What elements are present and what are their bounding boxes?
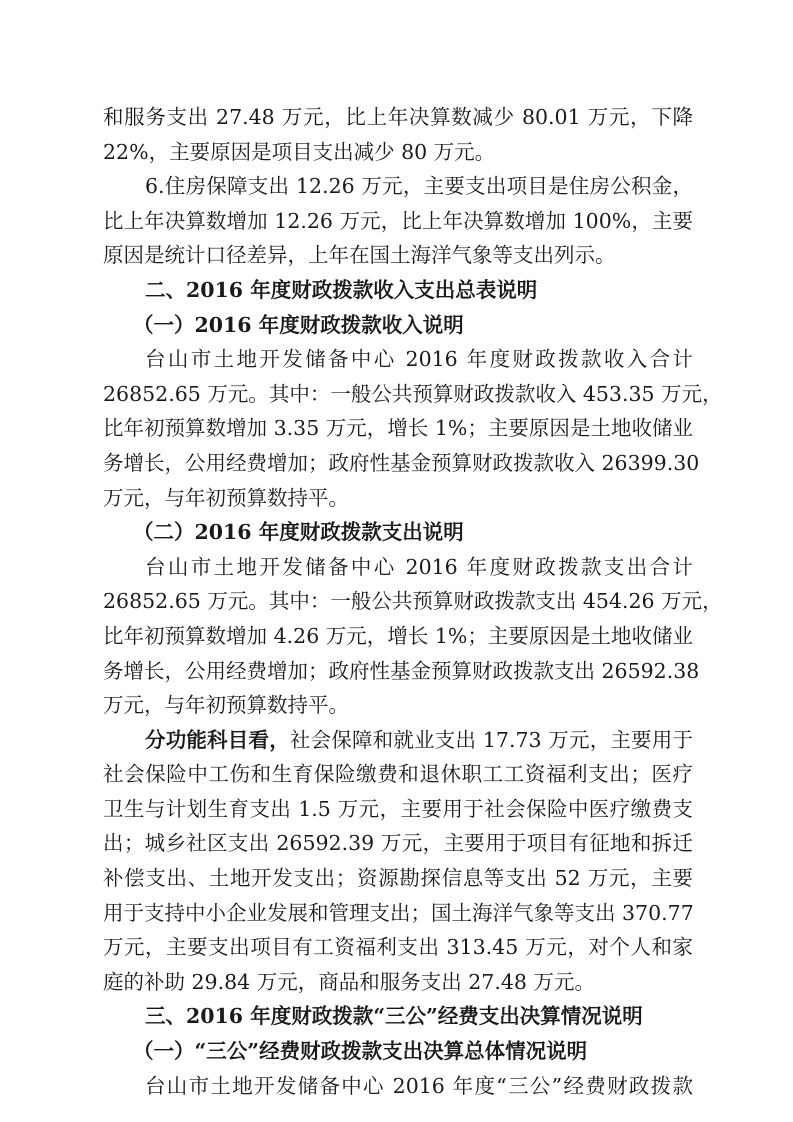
section-heading: 二、2016 年度财政拨款收入支出总表说明 [103, 273, 693, 308]
document-page: 和服务支出 27.48 万元，比上年决算数减少 80.01 万元，下降 22%，… [103, 100, 693, 1103]
section-heading: 三、2016 年度财政拨款“三公”经费支出决算情况说明 [103, 999, 693, 1034]
paragraph-line: 务增长，公用经费增加；政府性基金预算财政拨款收入 26399.30 [103, 446, 693, 481]
paragraph-line: 庭的补助 29.84 万元，商品和服务支出 27.48 万元。 [103, 965, 693, 1000]
subsection-heading: （一）“三公”经费财政拨款支出决算总体情况说明 [103, 1034, 693, 1069]
paragraph-line: 用于支持中小企业发展和管理支出；国土海洋气象等支出 370.77 [103, 896, 693, 931]
paragraph-line: 社会保险中工伤和生育保险缴费和退休职工工资福利支出；医疗 [103, 757, 693, 792]
paragraph-line: 台山市土地开发储备中心 2016 年度财政拨款收入合计 [103, 342, 693, 377]
paragraph-line: 比上年决算数增加 12.26 万元，比上年决算数增加 100%，主要 [103, 204, 693, 239]
paragraph-line: 比年初预算数增加 3.35 万元，增长 1%；主要原因是土地收储业 [103, 411, 693, 446]
paragraph-line: 台山市土地开发储备中心 2016 年度“三公”经费财政拨款 [103, 1069, 693, 1104]
paragraph-line: 26852.65 万元。其中：一般公共预算财政拨款支出 454.26 万元， [103, 584, 693, 619]
paragraph-line: 卫生与计划生育支出 1.5 万元，主要用于社会保险中医疗缴费支 [103, 792, 693, 827]
paragraph-line: 出；城乡社区支出 26592.39 万元，主要用于项目有征地和拆迁 [103, 826, 693, 861]
subsection-heading: （一）2016 年度财政拨款收入说明 [103, 308, 693, 343]
paragraph-line: 万元，主要支出项目有工资福利支出 313.45 万元，对个人和家 [103, 930, 693, 965]
paragraph-text: 社会保障和就业支出 17.73 万元，主要用于 [290, 728, 693, 752]
paragraph-line: 和服务支出 27.48 万元，比上年决算数减少 80.01 万元，下降 [103, 100, 693, 135]
paragraph-line: 原因是统计口径差异，上年在国土海洋气象等支出列示。 [103, 238, 693, 273]
paragraph-line: 台山市土地开发储备中心 2016 年度财政拨款支出合计 [103, 550, 693, 585]
paragraph-line: 6.住房保障支出 12.26 万元，主要支出项目是住房公积金， [103, 169, 693, 204]
bold-lead-text: 分功能科目看， [145, 728, 290, 752]
paragraph-line: 补偿支出、土地开发支出；资源勘探信息等支出 52 万元，主要 [103, 861, 693, 896]
paragraph-line: 比年初预算数增加 4.26 万元，增长 1%；主要原因是土地收储业 [103, 619, 693, 654]
paragraph-line: 务增长，公用经费增加；政府性基金预算财政拨款支出 26592.38 [103, 654, 693, 689]
paragraph-line: 分功能科目看，社会保障和就业支出 17.73 万元，主要用于 [103, 723, 693, 758]
subsection-heading: （二）2016 年度财政拨款支出说明 [103, 515, 693, 550]
paragraph-line: 26852.65 万元。其中：一般公共预算财政拨款收入 453.35 万元， [103, 377, 693, 412]
paragraph-line: 万元，与年初预算数持平。 [103, 688, 693, 723]
paragraph-line: 22%，主要原因是项目支出减少 80 万元。 [103, 135, 693, 170]
paragraph-line: 万元，与年初预算数持平。 [103, 481, 693, 516]
